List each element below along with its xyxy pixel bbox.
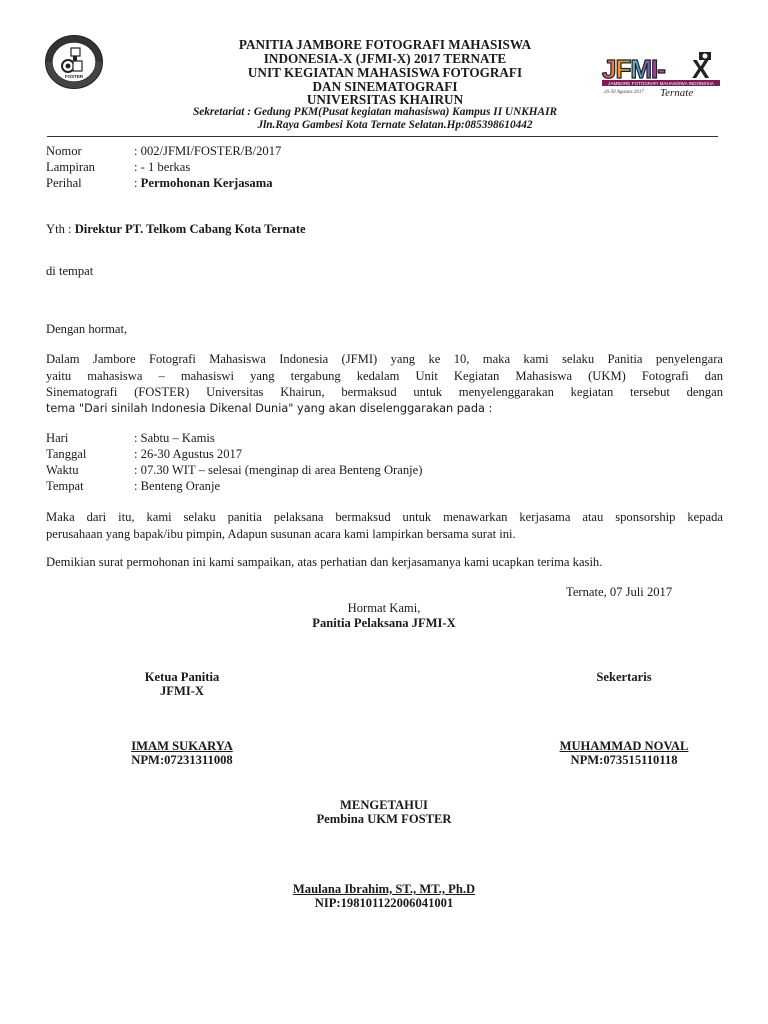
paragraph-intro-line: yaitu mahasiswa – mahasiswi yang tergabu… bbox=[46, 368, 723, 385]
advisor-id: NIP:198101122006041001 bbox=[254, 896, 514, 911]
regards-line: Hormat Kami, bbox=[284, 600, 484, 616]
jfmi-x-logo: JFMI- X JAMBORE FOTOGRAFI MAHASISWA INDO… bbox=[600, 50, 722, 100]
closing-sentence: Demikian surat permohonan ini kami sampa… bbox=[46, 554, 602, 570]
signatory-right-role: Sekertaris bbox=[554, 670, 694, 685]
meta-value-nomor: : 002/JFMI/FOSTER/B/2017 bbox=[134, 143, 281, 159]
meta-label-perihal: Perihal bbox=[46, 175, 82, 191]
svg-text:26-30 Agustus 2017: 26-30 Agustus 2017 bbox=[604, 90, 644, 95]
signatory-left-id: NPM:07231311008 bbox=[102, 753, 262, 768]
paragraph-intro-line: tema "Dari sinilah Indonesia Dikenal Dun… bbox=[46, 401, 723, 418]
place: di tempat bbox=[46, 263, 93, 279]
meta-value-perihal: : Permohonan Kerjasama bbox=[134, 175, 273, 191]
signatory-left-role-2: JFMI-X bbox=[112, 684, 252, 699]
event-value-tempat: : Benteng Oranje bbox=[134, 478, 220, 494]
svg-text:JAMBORE FOTOGRAFI MAHASISWA IN: JAMBORE FOTOGRAFI MAHASISWA INDONESIA bbox=[608, 81, 715, 86]
meta-value-lampiran: : - 1 berkas bbox=[134, 159, 190, 175]
committee-name: Panitia Pelaksana JFMI-X bbox=[284, 615, 484, 631]
letterhead-line-1: PANITIA JAMBORE FOTOGRAFI MAHASISWA bbox=[150, 38, 620, 52]
recipient-name: Direktur PT. Telkom Cabang Kota Ternate bbox=[75, 222, 306, 236]
letterhead-address-2: Jln.Raya Gambesi Kota Ternate Selatan.Hp… bbox=[160, 119, 630, 132]
greeting: Dengan hormat, bbox=[46, 321, 127, 337]
signatory-right-id: NPM:073515110118 bbox=[534, 753, 714, 768]
meta-label-nomor: Nomor bbox=[46, 143, 82, 159]
signatory-right-name-text: MUHAMMAD NOVAL bbox=[560, 739, 689, 753]
event-value-waktu: : 07.30 WIT – selesai (menginap di area … bbox=[134, 462, 422, 478]
event-value-tanggal: : 26-30 Agustus 2017 bbox=[134, 446, 242, 462]
advisor-role: Pembina UKM FOSTER bbox=[284, 812, 484, 827]
advisor-heading: MENGETAHUI bbox=[284, 798, 484, 813]
svg-text:JFMI-: JFMI- bbox=[602, 54, 665, 84]
paragraph-offer-line: perusahaan yang bapak/ibu pimpin, Adapun… bbox=[46, 526, 723, 543]
paragraph-intro-line: Sinematografi (FOSTER) Universitas Khair… bbox=[46, 384, 723, 401]
event-label-waktu: Waktu bbox=[46, 462, 79, 478]
paragraph-offer-line: Maka dari itu, kami selaku panitia pelak… bbox=[46, 509, 723, 526]
paragraph-intro: Dalam Jambore Fotografi Mahasiswa Indone… bbox=[46, 351, 723, 417]
advisor-name-text: Maulana Ibrahim, ST., MT., Ph.D bbox=[293, 882, 475, 896]
letterhead-line-3: UNIT KEGIATAN MAHASISWA FOTOGRAFI bbox=[150, 66, 620, 80]
letterhead-address-1: Sekretariat : Gedung PKM(Pusat kegiatan … bbox=[140, 106, 610, 119]
meta-prefix: : bbox=[134, 176, 141, 190]
paragraph-offer: Maka dari itu, kami selaku panitia pelak… bbox=[46, 509, 723, 542]
recipient: Yth : Direktur PT. Telkom Cabang Kota Te… bbox=[46, 221, 306, 237]
letterhead-line-5: UNIVERSITAS KHAIRUN bbox=[150, 93, 620, 107]
event-value-hari: : Sabtu – Kamis bbox=[134, 430, 215, 446]
foster-camera-seal-icon: FOSTER bbox=[44, 34, 104, 90]
signatory-right-name: MUHAMMAD NOVAL bbox=[534, 739, 714, 754]
meta-subject: Permohonan Kerjasama bbox=[141, 176, 273, 190]
event-label-hari: Hari bbox=[46, 430, 68, 446]
meta-label-lampiran: Lampiran bbox=[46, 159, 95, 175]
svg-text:FOSTER: FOSTER bbox=[65, 74, 84, 79]
jfmi-x-logo-icon: JFMI- X JAMBORE FOTOGRAFI MAHASISWA INDO… bbox=[600, 50, 722, 100]
date-line: Ternate, 07 Juli 2017 bbox=[566, 584, 672, 600]
svg-text:Ternate: Ternate bbox=[660, 87, 693, 99]
letterhead-line-2: INDONESIA-X (JFMI-X) 2017 TERNATE bbox=[150, 52, 620, 66]
recipient-prefix: Yth : bbox=[46, 222, 75, 236]
paragraph-intro-line: Dalam Jambore Fotografi Mahasiswa Indone… bbox=[46, 351, 723, 368]
foster-logo: FOSTER bbox=[44, 34, 104, 90]
signatory-left-name: IMAM SUKARYA bbox=[102, 739, 262, 754]
signatory-left-role: Ketua Panitia bbox=[112, 670, 252, 685]
signatory-left-name-text: IMAM SUKARYA bbox=[131, 739, 233, 753]
event-label-tempat: Tempat bbox=[46, 478, 84, 494]
advisor-name: Maulana Ibrahim, ST., MT., Ph.D bbox=[254, 882, 514, 897]
event-label-tanggal: Tanggal bbox=[46, 446, 86, 462]
header-divider bbox=[47, 136, 718, 137]
